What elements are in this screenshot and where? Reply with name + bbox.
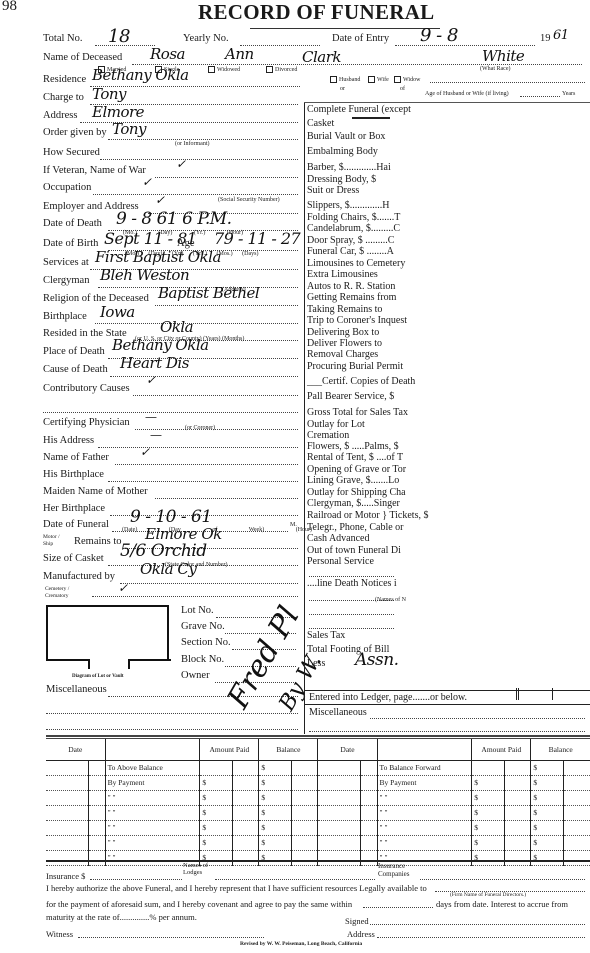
veteran-label: If Veteran, Name of War [43, 165, 146, 176]
mother-maiden-name-label: Maiden Name of Mother [43, 486, 148, 497]
insurance-label: Insurance $ [46, 871, 85, 881]
clergyman-value[interactable]: Bleh Weston [100, 266, 189, 284]
charge-item[interactable]: Pall Bearer Service, $ [307, 391, 394, 402]
ledger-date-sub-cell[interactable] [361, 760, 377, 775]
ledger-amount-cell[interactable]: $ [472, 805, 505, 820]
ledger-balance-sub-cell[interactable] [563, 835, 590, 850]
charge-item[interactable]: Folding Chairs, $.......T [307, 212, 400, 223]
ledger-balance-sub-cell[interactable] [563, 775, 590, 790]
charge-to-label: Charge to [43, 92, 84, 103]
checkbox-husband[interactable] [330, 76, 337, 83]
ledger-balance-sub-cell[interactable] [291, 850, 317, 865]
date-of-death-value[interactable]: 9 - 8 61 6 P.M. [116, 209, 232, 229]
address-value[interactable]: Elmore [92, 103, 144, 121]
ledger-date-cell[interactable] [318, 790, 361, 805]
ledger-amount-cell[interactable]: $ [472, 850, 505, 865]
insurance-companies-label: Insurance Companies [378, 862, 423, 878]
ledger-balance-header-left: Balance [259, 739, 318, 760]
ledger-paid-cell[interactable] [232, 835, 258, 850]
occupation-value[interactable]: ✓ [142, 175, 152, 189]
contributory-causes-label: Contributory Causes [43, 383, 130, 394]
ledger-balance-cell[interactable]: $ [259, 835, 292, 850]
ledger-paid-cell[interactable] [504, 760, 530, 775]
ledger-description-cell[interactable]: " " [105, 835, 200, 850]
remains-to-label: Remains to [74, 536, 122, 547]
ledger-entry[interactable]: Entered into Ledger, page.......or below… [309, 692, 467, 703]
ledger-date-sub-cell[interactable] [361, 820, 377, 835]
contributory-causes-extra-line[interactable] [43, 412, 298, 413]
dollar-sign: $ [474, 823, 478, 832]
address-label: Address [43, 110, 77, 121]
dollar-sign: $ [474, 838, 478, 847]
section-no-label: Section No. [181, 637, 231, 648]
residence-label: Residence [43, 74, 86, 85]
total-no-label: Total No. [43, 33, 83, 44]
size-of-casket-label: Size of Casket [43, 553, 104, 564]
order-given-by-value[interactable]: Tony [112, 120, 146, 138]
place-of-death-value[interactable]: Bethany Okla [112, 336, 209, 354]
spouse-widow[interactable]: Widow [394, 76, 420, 83]
ledger-description-cell[interactable]: By Payment [377, 775, 472, 790]
lot-no-label: Lot No. [181, 605, 214, 616]
manufactured-by-label: Manufactured by [43, 571, 115, 582]
charge-item[interactable]: ....line Death Notices i [307, 578, 397, 589]
deceased-name-label: Name of Deceased [43, 52, 122, 63]
charge-item[interactable]: Personal Service [307, 556, 374, 567]
ledger-paid-cell[interactable] [232, 805, 258, 820]
occupation-label: Occupation [43, 182, 91, 193]
resided-in-state-value[interactable]: Okla [160, 318, 193, 336]
ledger-paid-cell[interactable] [232, 820, 258, 835]
dollar-sign: $ [202, 793, 206, 802]
her-birthplace-label: Her Birthplace [43, 503, 105, 514]
cause-of-death-label: Cause of Death [43, 364, 108, 375]
ledger-row-label: By Payment [108, 778, 145, 787]
ledger-balance-cell[interactable]: $ [259, 820, 292, 835]
charge-item[interactable]: Procuring Burial Permit [307, 361, 403, 372]
ledger-row-label: " " [108, 823, 116, 832]
charge-item[interactable]: Outlay for Lot [307, 419, 365, 430]
ledger-balance-cell[interactable]: $ [259, 805, 292, 820]
ledger-row: " "$$" "$$ [46, 790, 590, 805]
charge-item[interactable]: Funeral Car, $ ........A [307, 246, 394, 257]
charge-item[interactable]: Getting Remains from [307, 292, 396, 303]
ledger-row-label: " " [380, 838, 388, 847]
ledger-amount-header-right: Amount Paid [472, 739, 531, 760]
spouse-age-unit: Years [562, 91, 575, 97]
dollar-sign: $ [533, 793, 537, 802]
dollar-sign: $ [261, 823, 265, 832]
charge-item[interactable]: Rental of Tent, $ ....of T [307, 452, 403, 463]
ledger-balance-cell[interactable]: $ [531, 775, 564, 790]
charge-item[interactable]: Taking Remains to [307, 304, 382, 315]
ledger-description-cell[interactable]: " " [377, 790, 472, 805]
ledger-balance-cell[interactable]: $ [531, 790, 564, 805]
checkbox-wife[interactable] [368, 76, 375, 83]
ledger-row: " "$$" "$$ [46, 805, 590, 820]
order-given-by-label: Order given by [43, 127, 107, 138]
ledger-date-sub-cell[interactable] [361, 850, 377, 865]
how-secured-label: How Secured [43, 147, 100, 158]
ledger-date-cell[interactable] [46, 835, 89, 850]
lodges-label: Names of Lodges [183, 862, 213, 876]
ledger-balance-sub-cell[interactable] [291, 775, 317, 790]
ledger-row-label: To Balance Forward [380, 763, 441, 772]
charge-item[interactable]: Burial Vault or Box [307, 131, 385, 142]
ledger-date-cell[interactable] [46, 820, 89, 835]
charge-item[interactable]: Candelabrum, $.........C [307, 223, 400, 234]
ledger-description-cell[interactable]: " " [105, 805, 200, 820]
ledger-balance-sub-cell[interactable] [563, 805, 590, 820]
ledger-description-cell[interactable]: To Above Balance [105, 760, 200, 775]
ledger-paid-cell[interactable] [504, 820, 530, 835]
ledger-date-sub-cell[interactable] [89, 850, 105, 865]
deceased-middle-name[interactable]: Ann [225, 45, 254, 63]
charge-item[interactable]: Opening of Grave or Tor [307, 464, 406, 475]
ledger-row: " "$$" "$$ [46, 835, 590, 850]
ledger-balance-sub-cell[interactable] [291, 760, 317, 775]
charge-item[interactable]: Limousines to Cemetery [307, 258, 405, 269]
ledger-balance-sub-cell[interactable] [563, 820, 590, 835]
ledger-row-label: By Payment [380, 778, 417, 787]
dollar-sign: $ [202, 808, 206, 817]
cemetery-value[interactable]: ✓ [118, 581, 128, 595]
ledger-amount-cell[interactable]: $ [200, 790, 233, 805]
ledger-date-cell[interactable] [46, 790, 89, 805]
ledger-balance-cell[interactable]: $ [531, 805, 564, 820]
date-of-entry-value[interactable]: 9 - 8 [420, 25, 458, 46]
dollar-sign: $ [533, 808, 537, 817]
ledger-row: By Payment$$By Payment$$ [46, 775, 590, 790]
address-footer-field[interactable] [377, 937, 585, 938]
dollar-sign: $ [474, 808, 478, 817]
ledger-amount-cell[interactable]: $ [200, 775, 233, 790]
ledger-balance-cell[interactable]: $ [259, 790, 292, 805]
witness-field[interactable] [78, 937, 264, 938]
checkbox-widowed[interactable] [208, 66, 215, 73]
charges-column-divider [304, 102, 305, 734]
ledger-row-label: " " [380, 823, 388, 832]
residence-value[interactable]: Bethany Okla [92, 66, 189, 84]
deceased-first-name[interactable]: Rosa [150, 45, 185, 63]
dollar-sign: $ [533, 838, 537, 847]
deceased-race[interactable]: White [482, 47, 524, 65]
ledger-description-cell[interactable]: By Payment [105, 775, 200, 790]
size-of-casket-value[interactable]: 5/6 Orchid [120, 541, 207, 561]
services-at-value[interactable]: First Baptist Okla [95, 248, 221, 266]
charge-item[interactable]: Telegr., Phone, Cable or [307, 522, 404, 533]
charge-item[interactable]: Autos to R. R. Station [307, 281, 395, 292]
charge-item[interactable]: Railroad or Motor } Tickets, $ [307, 510, 428, 521]
his-birthplace-label: His Birthplace [43, 469, 104, 480]
ledger-row-label: " " [108, 793, 116, 802]
ledger-date-sub-cell[interactable] [361, 805, 377, 820]
cause-of-death-value[interactable]: Heart Dis [120, 354, 189, 372]
ledger-description-cell[interactable]: " " [377, 835, 472, 850]
title-rule [250, 28, 440, 29]
ledger-date-sub-cell[interactable] [361, 790, 377, 805]
ledger-date-sub-cell[interactable] [89, 835, 105, 850]
ledger-amount-cell[interactable]: $ [472, 835, 505, 850]
ledger-row-label: " " [108, 808, 116, 817]
ledger-balance-sub-cell[interactable] [563, 850, 590, 865]
ledger-date-cell[interactable] [318, 820, 361, 835]
address-footer-label: Address [347, 929, 375, 939]
ledger-balance-sub-cell[interactable] [291, 820, 317, 835]
miscellaneous-label: Miscellaneous [46, 684, 107, 695]
ledger-paid-cell[interactable] [232, 850, 258, 865]
services-at-label: Services at [43, 257, 89, 268]
charge-item[interactable]: Removal Charges [307, 349, 378, 360]
ledger-balance-header-right: Balance [531, 739, 590, 760]
employer-value[interactable]: ✓ [155, 193, 165, 207]
dollar-sign: $ [261, 778, 265, 787]
charge-item[interactable]: Casket [307, 118, 334, 129]
authorization-line-2b: days from date. Interest to accrue from [436, 899, 568, 909]
charge-item[interactable]: Embalming Body [307, 146, 378, 157]
dollar-sign: $ [474, 793, 478, 802]
ledger-date-sub-cell[interactable] [89, 805, 105, 820]
birthplace-label: Birthplace [43, 311, 87, 322]
ledger-amount-cell[interactable] [200, 760, 233, 775]
charge-item[interactable]: ___Certif. Copies of Death [307, 376, 415, 387]
owner-label: Owner [181, 670, 210, 681]
total-no-value[interactable]: 18 [108, 26, 130, 47]
ledger-balance-cell[interactable]: $ [531, 820, 564, 835]
spouse-of: of [400, 86, 405, 92]
spouse-age-label: Age of Husband or Wife (if living) [425, 91, 509, 97]
page-number: 98 [2, 0, 17, 15]
ledger-row: " "$$" "$$ [46, 850, 590, 865]
charge-item[interactable]: Delivering Box to [307, 327, 379, 338]
charge-to-value[interactable]: Tony [92, 85, 126, 103]
place-of-death-label: Place of Death [43, 346, 105, 357]
ledger-description-cell[interactable]: " " [377, 805, 472, 820]
ledger-amount-header-left: Amount Paid [200, 739, 259, 760]
ledger-date-cell[interactable] [46, 760, 89, 775]
ledger-date-sub-cell[interactable] [89, 775, 105, 790]
ledger-amount-cell[interactable]: $ [200, 805, 233, 820]
authorization-line-3: maturity at the rate of..............% p… [46, 912, 197, 922]
spouse-wife[interactable]: Wife [368, 76, 389, 83]
ledger-balance-sub-cell[interactable] [291, 805, 317, 820]
charge-item[interactable]: Slippers, $.............H [307, 200, 390, 211]
charge-item[interactable]: Deliver Flowers to [307, 338, 382, 349]
date-of-death-label: Date of Death [43, 218, 102, 229]
ledger-balance-sub-cell[interactable] [563, 790, 590, 805]
age-value[interactable]: 79 - 11 - 27 [214, 229, 300, 248]
race-note: (What Race) [480, 66, 510, 72]
dollar-sign: $ [533, 763, 537, 772]
his-address-label: His Address [43, 435, 94, 446]
charge-item[interactable]: Trip to Coroner's Inquest [307, 315, 407, 326]
date-of-birth-label: Date of Birth [43, 238, 98, 249]
charge-note: (Names of N [375, 597, 406, 603]
year-prefix: 19 [540, 33, 551, 44]
date-of-funeral-value[interactable]: 9 - 10 - 61 [130, 507, 212, 527]
ledger-description-cell[interactable]: To Balance Forward [377, 760, 472, 775]
ledger-date-sub-cell[interactable] [89, 760, 105, 775]
ledger-date-cell[interactable] [318, 775, 361, 790]
ledger-row: " "$$" "$$ [46, 820, 590, 835]
ledger-balance-sub-cell[interactable] [563, 760, 590, 775]
father-name-value[interactable]: ✓ [140, 445, 150, 459]
charge-item[interactable]: Extra Limousines [307, 269, 378, 280]
charge-item[interactable]: Out of town Funeral Di [307, 545, 401, 556]
charge-item[interactable]: Cash Advanced [307, 533, 370, 544]
ledger-date-sub-cell[interactable] [361, 835, 377, 850]
ledger-date-sub-cell[interactable] [361, 775, 377, 790]
ledger-date-cell[interactable] [318, 835, 361, 850]
diagram-caption: Diagram of Lot or Vault [72, 674, 124, 679]
date-of-funeral-label: Date of Funeral [43, 519, 109, 530]
ledger-amount-cell[interactable]: $ [472, 820, 505, 835]
revised-by-credit: Revised by W. W. Peiseman, Long Beach, C… [240, 941, 362, 947]
checkbox-widow[interactable] [394, 76, 401, 83]
cemetery-crematory-label: Cemetery / Crematory [45, 586, 85, 600]
charge-item[interactable]: Clergyman, $.....Singer [307, 498, 400, 509]
veteran-value[interactable]: ✓ [176, 157, 186, 171]
dollar-sign: $ [261, 838, 265, 847]
ledger-paid-cell[interactable] [504, 850, 530, 865]
charge-item[interactable]: Flowers, $ .....Palms, $ [307, 441, 399, 452]
spouse-or: or [340, 86, 345, 92]
ledger-paid-cell[interactable] [504, 775, 530, 790]
ledger-paid-cell[interactable] [504, 790, 530, 805]
ledger-balance-cell[interactable]: $ [259, 760, 292, 775]
ledger-date-cell[interactable] [318, 805, 361, 820]
ledger-paid-cell[interactable] [504, 835, 530, 850]
ledger-row-label: " " [108, 838, 116, 847]
checkbox-divorced[interactable] [266, 66, 273, 73]
clergyman-label: Clergyman [43, 275, 89, 286]
dollar-sign: $ [202, 778, 206, 787]
spouse-husband[interactable]: Husband [330, 76, 360, 83]
ledger-date-header-left: Date [46, 739, 105, 760]
block-no-label: Block No. [181, 654, 224, 665]
dollar-sign: $ [261, 793, 265, 802]
contributory-causes-value[interactable]: ✓ [146, 373, 156, 387]
ledger-date-cell[interactable] [46, 775, 89, 790]
page-title: RECORD OF FUNERAL [198, 0, 435, 25]
charge-item: Complete Funeral (except [307, 104, 411, 115]
ledger-date-header-right: Date [318, 739, 377, 760]
deceased-last-name[interactable]: Clark [302, 48, 341, 66]
father-name-label: Name of Father [43, 452, 109, 463]
ledger-date-cell[interactable] [318, 850, 361, 865]
authorization-line-1: I hereby authorize the above Funeral, an… [46, 883, 427, 893]
grave-no-label: Grave No. [181, 621, 225, 632]
charge-item[interactable]: Suit or Dress [307, 185, 359, 196]
charge-item[interactable]: Sales Tax [307, 630, 345, 641]
ledger-date-cell[interactable] [46, 805, 89, 820]
ledger-row-label: " " [380, 808, 388, 817]
ledger-paid-cell[interactable] [232, 760, 258, 775]
certifying-physician-value[interactable]: — [145, 410, 157, 424]
dollar-sign: $ [533, 778, 537, 787]
informant-note: (or Informant) [175, 141, 210, 147]
ledger-date-cell[interactable] [318, 760, 361, 775]
birthplace-value[interactable]: Iowa [100, 303, 135, 321]
ledger-balance-cell[interactable]: $ [531, 850, 564, 865]
signed-label: Signed [345, 916, 369, 926]
ledger-description-cell[interactable]: " " [377, 820, 472, 835]
ledger-date-sub-cell[interactable] [89, 790, 105, 805]
certifying-physician-label: Certifying Physician [43, 417, 130, 428]
firm-name-note: (Firm Name of Funeral Directors.) [450, 892, 526, 898]
ledger-date-sub-cell[interactable] [89, 820, 105, 835]
dollar-sign: $ [533, 823, 537, 832]
dollar-sign: $ [261, 808, 265, 817]
witness-label: Witness [46, 929, 73, 939]
date-of-entry-label: Date of Entry [332, 33, 389, 44]
charge-item[interactable]: Door Spray, $ .........C [307, 235, 394, 246]
ledger-balance-cell[interactable]: $ [531, 835, 564, 850]
ledger-amount-cell[interactable]: $ [200, 835, 233, 850]
charge-item[interactable]: Lining Grave, $.......Lo [307, 475, 399, 486]
lot-diagram [46, 605, 169, 660]
his-address-value[interactable]: — [150, 428, 162, 442]
yearly-no-label: Yearly No. [183, 33, 229, 44]
ledger-balance-cell[interactable]: $ [259, 775, 292, 790]
ledger-amount-cell[interactable]: $ [472, 790, 505, 805]
ledger-amount-cell[interactable]: $ [200, 820, 233, 835]
charge-item[interactable]: Cremation [307, 430, 349, 441]
charge-item[interactable]: Gross Total for Sales Tax [307, 407, 408, 418]
ledger-row-label: " " [380, 793, 388, 802]
ledger-paid-cell[interactable] [504, 805, 530, 820]
less-value[interactable]: Assn. [355, 650, 399, 670]
charge-item[interactable]: Outlay for Shipping Cha [307, 487, 406, 498]
ledger-row: To Above Balance$To Balance Forward$ [46, 760, 590, 775]
ledger-description-cell[interactable]: " " [105, 820, 200, 835]
ledger-balance-cell[interactable]: $ [259, 850, 292, 865]
dollar-sign: $ [202, 823, 206, 832]
ledger-balance-sub-cell[interactable] [291, 790, 317, 805]
status-widowed[interactable]: Widowed [208, 66, 240, 73]
ledger-amount-cell[interactable] [472, 760, 505, 775]
charge-item[interactable]: Dressing Body, $ [307, 174, 376, 185]
signed-field[interactable] [370, 924, 585, 925]
ledger-balance-cell[interactable]: $ [531, 760, 564, 775]
ledger-description-cell[interactable]: " " [105, 790, 200, 805]
charge-item[interactable]: Barber, $.............Hai [307, 162, 391, 173]
dollar-sign: $ [474, 778, 478, 787]
status-divorced[interactable]: Divorced [266, 66, 297, 73]
dollar-sign: $ [261, 763, 265, 772]
ledger-balance-sub-cell[interactable] [291, 835, 317, 850]
charges-miscellaneous-label: Miscellaneous [309, 707, 367, 718]
ledger-paid-cell[interactable] [232, 775, 258, 790]
ledger-paid-cell[interactable] [232, 790, 258, 805]
charge-item[interactable]: Less [307, 658, 325, 669]
dollar-sign: $ [202, 838, 206, 847]
payment-ledger: Date Amount Paid Balance Date Amount Pai… [46, 739, 590, 866]
coroner-note: (or Coroner) [185, 425, 215, 431]
ssn-note: (Social Security Number) [218, 197, 280, 203]
year-value[interactable]: 61 [553, 28, 569, 43]
religion-value[interactable]: Baptist Bethel [158, 284, 259, 302]
ledger-amount-cell[interactable]: $ [472, 775, 505, 790]
manufactured-by-value[interactable]: Okla Cy [140, 560, 196, 578]
motor-ship-label: Motor / Ship [43, 534, 65, 548]
ledger-row-label: To Above Balance [108, 763, 163, 772]
authorization-line-2: for the payment of aforesaid sum, and I … [46, 899, 352, 909]
ledger-date-cell[interactable] [46, 850, 89, 865]
